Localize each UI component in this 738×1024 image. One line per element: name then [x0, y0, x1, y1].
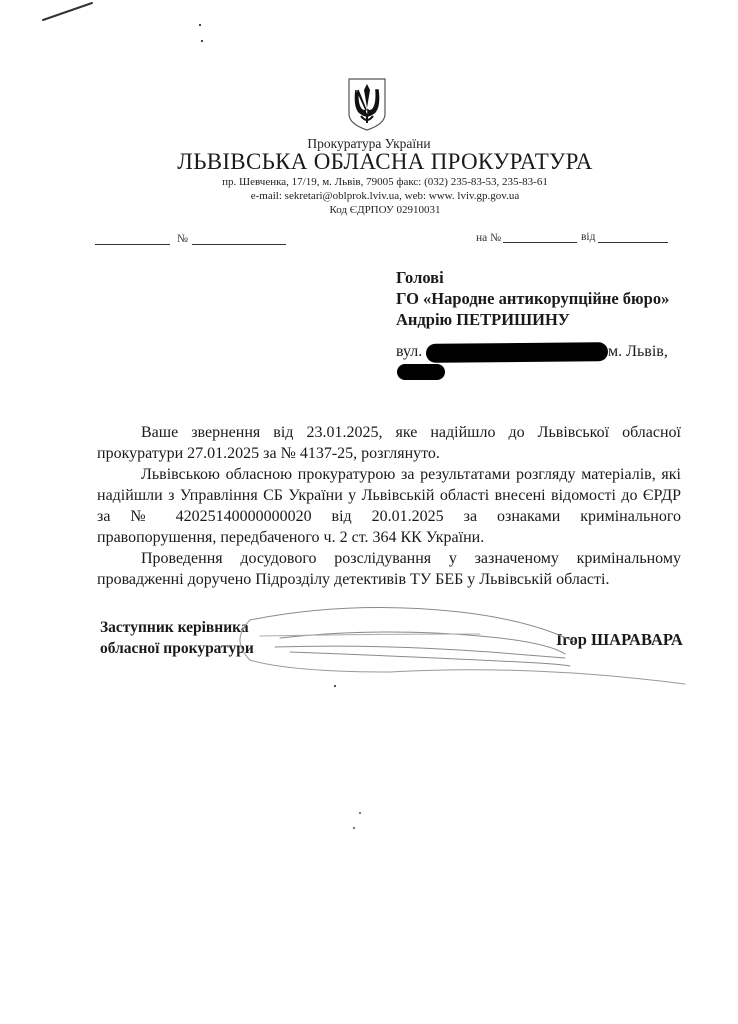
- speck: [359, 812, 361, 814]
- reply-to-label: на №: [476, 232, 501, 244]
- recipient-city: м. Львів,: [608, 343, 668, 361]
- reply-date-field: [598, 242, 668, 243]
- from-label: від: [581, 231, 595, 243]
- paragraph-1-line-1: Ваше звернення від 23.01.2025, яке надій…: [97, 422, 681, 443]
- paragraph-2-line-1: Львівською обласною прокуратурою за резу…: [97, 464, 681, 485]
- paragraph-2-line-3: за № 42025140000000020 від 20.01.2025 за…: [97, 506, 681, 527]
- recipient-org: ГО «Народне антикорупційне бюро»: [396, 288, 669, 309]
- recipient-name: Андрію ПЕТРИШИНУ: [396, 309, 570, 330]
- org-contacts: e-mail: sekretari@oblprok.lviv.ua, web: …: [0, 190, 738, 202]
- redaction-house: [397, 364, 445, 380]
- paragraph-2-line-4: правопорушення, передбаченого ч. 2 ст. 3…: [97, 527, 681, 548]
- paragraph-3-line-1: Проведення досудового розслідування у за…: [97, 548, 681, 569]
- redaction-street: [426, 342, 608, 363]
- outgoing-number-field: [192, 244, 286, 245]
- speck: [199, 24, 201, 26]
- org-address: пр. Шевченка, 17/19, м. Львів, 79005 фак…: [0, 176, 738, 188]
- reply-number-field: [503, 242, 577, 243]
- paragraph-1-line-2: прокуратури 27.01.2025 за № 4137-25, роз…: [97, 443, 681, 464]
- paragraph-2-line-2: надійшли з Управління СБ України у Львів…: [97, 485, 681, 506]
- org-name: ЛЬВІВСЬКА ОБЛАСНА ПРОКУРАТУРА: [0, 149, 738, 175]
- recipient-line-1: Голові: [396, 267, 444, 288]
- signer-title-line-1: Заступник керівника: [100, 617, 249, 638]
- outgoing-date-field: [95, 244, 170, 245]
- speck: [334, 685, 336, 687]
- org-code: Код ЄДРПОУ 02910031: [0, 204, 738, 216]
- recipient-street-prefix: вул.: [396, 343, 422, 361]
- paragraph-3-line-2: провадженні доручено Підрозділу детектив…: [97, 569, 681, 590]
- number-label: №: [177, 233, 188, 245]
- speck: [353, 827, 355, 829]
- speck: [201, 40, 203, 42]
- trident-coat-of-arms-icon: [346, 76, 388, 132]
- handwritten-signature: [230, 600, 700, 695]
- pen-mark: [40, 0, 100, 24]
